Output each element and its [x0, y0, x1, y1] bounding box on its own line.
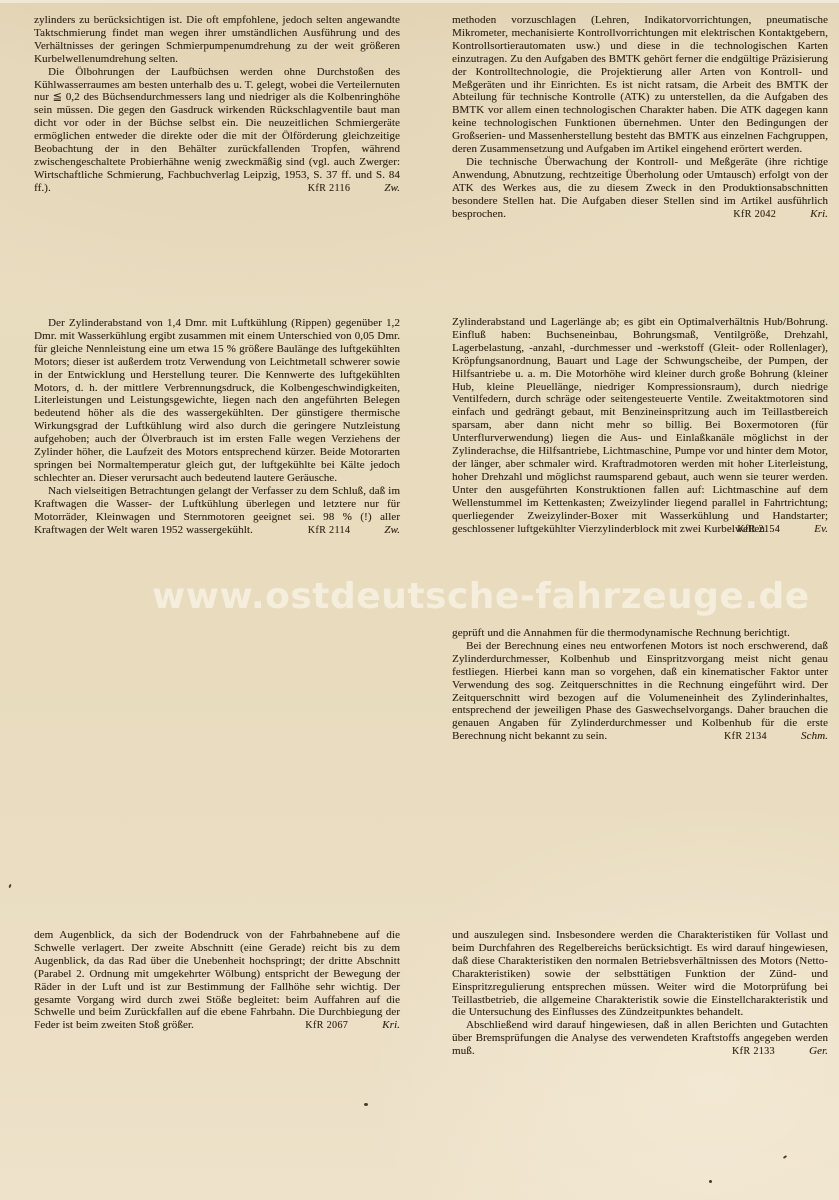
reference-code: KfR 2154 — [737, 524, 780, 535]
scan-speck — [364, 1103, 368, 1106]
scanned-journal-page: zylinders zu berücksichtigen ist. Die of… — [0, 0, 839, 1200]
abstract-paragraph: dem Augenblick, da sich der Bodendruck v… — [34, 929, 400, 1032]
abstract-block-kfr-2133: und auszulegen sind. Insbesondere werden… — [452, 929, 828, 1059]
abstract-paragraph: Bei der Berechnung eines neu entworfenen… — [452, 640, 828, 743]
abstract-paragraph: zylinders zu berücksichtigen ist. Die of… — [34, 14, 400, 66]
abstract-paragraph: methoden vorzuschlagen (Lehren, Indikato… — [452, 14, 828, 156]
reference-code: KfR 2134 — [724, 731, 767, 742]
reference-line: KfR 2133Ger. — [452, 1045, 828, 1059]
author-signature: Zw. — [384, 182, 400, 194]
reference-code: KfR 2042 — [733, 209, 776, 220]
abstract-paragraph: Der Zylinderabstand von 1,4 Dmr. mit Luf… — [34, 317, 400, 485]
abstract-block-kfr-2154: Zylinderabstand und Lagerlänge ab; es gi… — [452, 316, 828, 536]
abstract-paragraph: Zylinderabstand und Lagerlänge ab; es gi… — [452, 316, 828, 535]
abstract-block-kfr-2116: zylinders zu berücksichtigen ist. Die of… — [34, 14, 400, 196]
reference-code: KfR 2067 — [305, 1020, 348, 1031]
abstract-block-kfr-2067: dem Augenblick, da sich der Bodendruck v… — [34, 929, 400, 1033]
abstract-block-kfr-2114: Der Zylinderabstand von 1,4 Dmr. mit Luf… — [34, 317, 400, 537]
reference-code: KfR 2116 — [308, 183, 351, 194]
reference-line: KfR 2042Kri. — [452, 208, 828, 222]
abstract-paragraph: geprüft und die Annahmen für die thermod… — [452, 627, 828, 640]
author-signature: Ev. — [814, 523, 828, 535]
abstract-paragraph: und auszulegen sind. Insbesondere werden… — [452, 929, 828, 1019]
watermark: www.ostdeutsche-fahrzeuge.de — [152, 576, 792, 617]
scan-speck — [8, 884, 11, 888]
author-signature: Schm. — [801, 730, 828, 742]
reference-line: KfR 2116Zw. — [34, 182, 400, 196]
reference-code: KfR 2114 — [308, 525, 351, 536]
abstract-paragraph: Die Ölbohrungen der Laufbüchsen werden o… — [34, 66, 400, 195]
abstract-block-kfr-2042: methoden vorzuschlagen (Lehren, Indikato… — [452, 14, 828, 222]
author-signature: Zw. — [384, 524, 400, 536]
author-signature: Kri. — [382, 1019, 400, 1031]
author-signature: Ger. — [809, 1045, 828, 1057]
author-signature: Kri. — [810, 208, 828, 220]
reference-code: KfR 2133 — [732, 1046, 775, 1057]
scan-speck — [709, 1180, 712, 1183]
scan-speck — [783, 1155, 787, 1159]
abstract-block-kfr-2134: geprüft und die Annahmen für die thermod… — [452, 627, 828, 744]
